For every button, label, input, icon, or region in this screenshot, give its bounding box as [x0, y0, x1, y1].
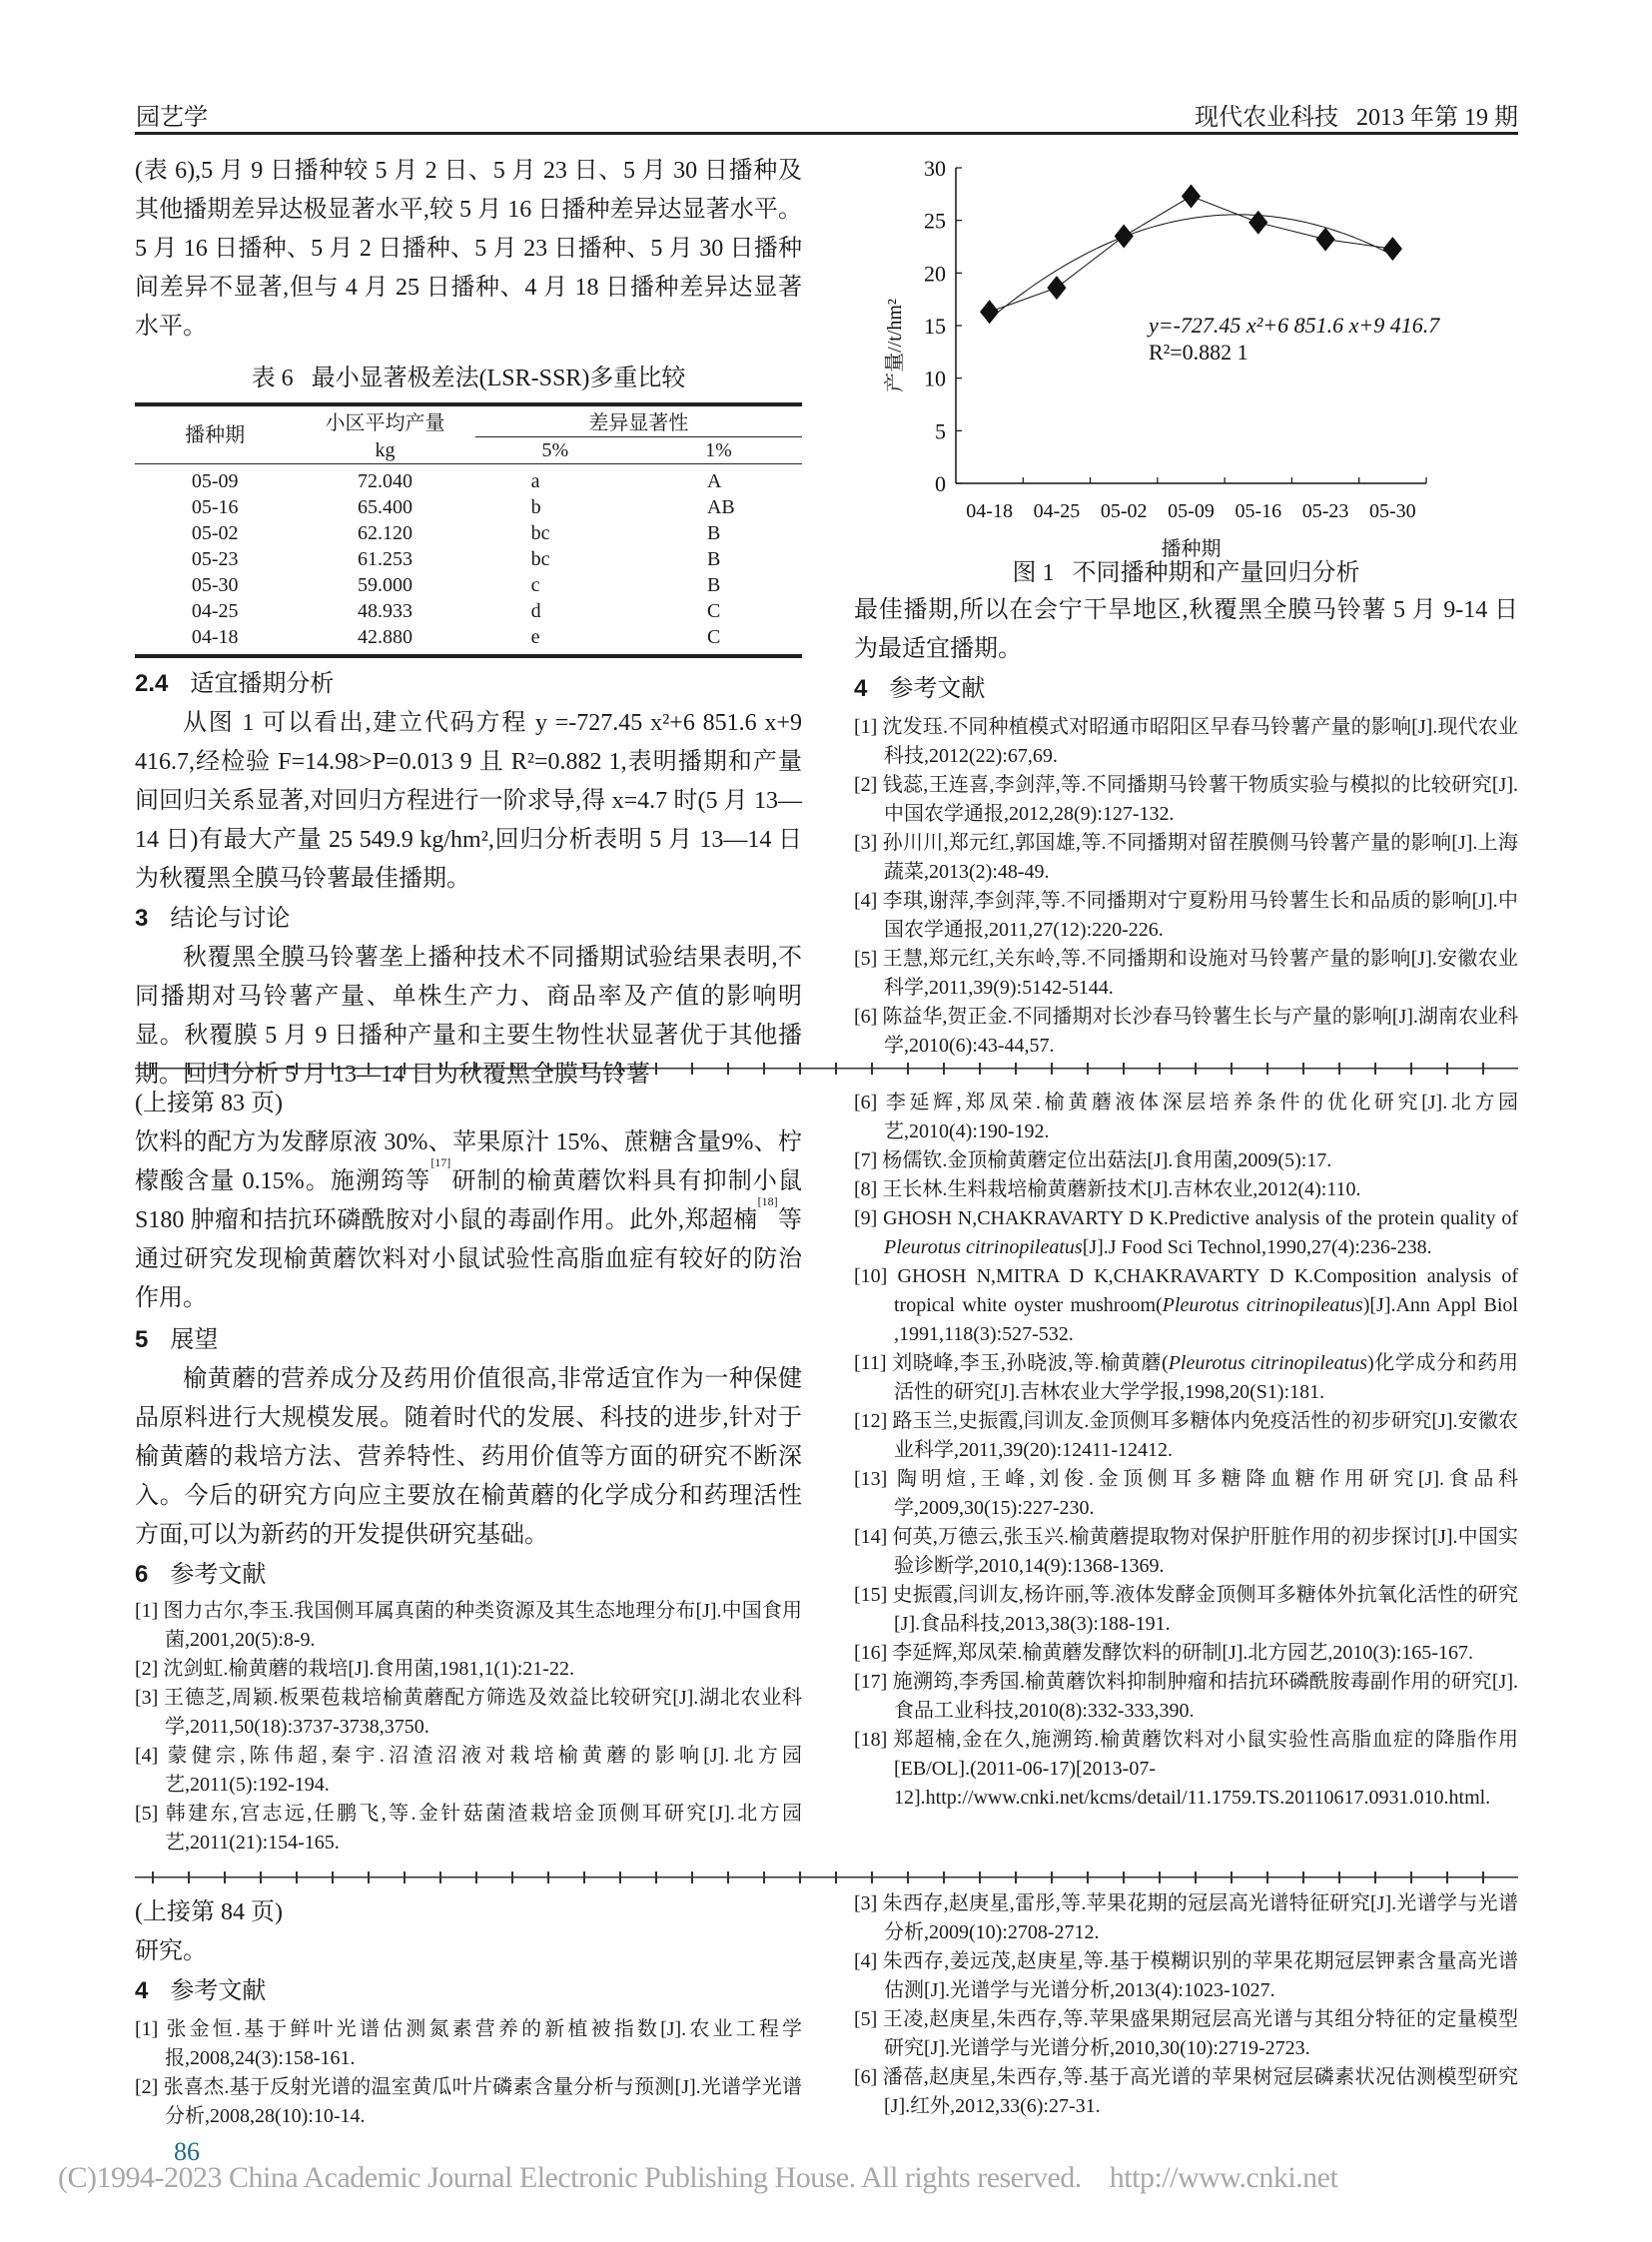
x-tick-label: 04-25	[1034, 500, 1081, 522]
reference-item: [17] 施溯筠,李秀国.榆黄蘑饮料抑制肿瘤和拮抗环磷酰胺毒副作用的研究[J].…	[854, 1668, 1518, 1726]
table-cell-p1: B	[635, 520, 802, 546]
table-cell-date: 05-02	[135, 520, 295, 546]
reference-item: [1] 张金恒.基于鲜叶光谱估测氮素营养的新植被指数[J].农业工程学报,200…	[135, 2015, 802, 2073]
th-p5: 5%	[475, 437, 635, 464]
body-paragraph: 研究。	[135, 1932, 802, 1971]
continued-from-note: (上接第 83 页)	[135, 1085, 802, 1123]
reference-item: [15] 史振霞,闫训友,杨许丽,等.液体发酵金顶侧耳多糖体外抗氧化活性的研究[…	[854, 1581, 1518, 1639]
reference-item: [6] 陈益华,贺正金.不同播期对长沙春马铃薯生长与产量的影响[J].湖南农业科…	[854, 1003, 1518, 1061]
table-cell-date: 05-09	[135, 464, 295, 495]
table-cell-yield: 42.880	[295, 624, 474, 656]
article3-left-column: (上接第 84 页) 研究。 4参考文献 [1] 张金恒.基于鲜叶光谱估测氮素营…	[135, 1893, 802, 2131]
y-tick-label: 5	[935, 418, 946, 443]
table6-title-text: 表 6 最小显著极差法(LSR-SSR)多重比较	[252, 366, 686, 391]
header-rule	[135, 132, 1518, 135]
continued-from-note: (上接第 84 页)	[135, 1893, 802, 1932]
article3-references-left: [1] 张金恒.基于鲜叶光谱估测氮素营养的新植被指数[J].农业工程学报,200…	[135, 2015, 802, 2131]
citation-18[interactable]: [18]	[758, 1194, 778, 1208]
section-number: 2.4	[135, 670, 168, 697]
y-axis-label: 产量//t/hm²	[883, 299, 906, 392]
table-row: 05-1665.400bAB	[135, 494, 802, 520]
reference-item: [8] 王长林.生料栽培榆黄蘑新技术[J].吉林农业,2012(4):110.	[854, 1175, 1518, 1204]
table-cell-yield: 72.040	[295, 464, 474, 495]
th-yield-unit: kg	[295, 437, 474, 464]
diamond-marker	[1315, 228, 1334, 252]
section-title: 结论与讨论	[170, 906, 290, 932]
y-tick-label: 30	[924, 156, 946, 181]
reference-item: [13] 陶明煊,王峰,刘俊.金顶侧耳多糖降血糖作用研究[J].食品科学,200…	[854, 1465, 1518, 1523]
figure1: 05101520253004-1804-2505-0205-0905-1605-…	[839, 150, 1518, 589]
x-tick-label: 04-18	[966, 500, 1013, 522]
reference-item: [16] 李延辉,郑凤荣.榆黄蘑发酵饮料的研制[J].北方园艺,2010(3):…	[854, 1639, 1518, 1668]
table6-title: 表 6 最小显著极差法(LSR-SSR)多重比较	[135, 361, 802, 396]
table-cell-yield: 62.120	[295, 520, 474, 546]
reference-item: [6] 李延辉,郑凤荣.榆黄蘑液体深层培养条件的优化研究[J].北方园艺,201…	[854, 1089, 1518, 1146]
table-cell-p1: B	[635, 572, 802, 598]
y-tick-label: 0	[935, 471, 946, 496]
table-cell-yield: 48.933	[295, 598, 474, 624]
table-cell-p1: C	[635, 598, 802, 624]
reference-item: [9] GHOSH N,CHAKRAVARTY D K.Predictive a…	[854, 1204, 1518, 1262]
table6-body: 05-0972.040aA05-1665.400bAB05-0262.120bc…	[135, 464, 802, 657]
reference-item: [14] 何英,万德云,张玉兴.榆黄蘑提取物对保护肝脏作用的初步探讨[J].中国…	[854, 1523, 1518, 1581]
table-row: 04-2548.933dC	[135, 598, 802, 624]
running-header-section: 园艺学	[136, 104, 208, 132]
diamond-marker	[1115, 224, 1134, 248]
article1-left-column: (表 6),5 月 9 日播种较 5 月 2 日、5 月 23 日、5 月 30…	[135, 152, 802, 1095]
x-tick-label: 05-23	[1302, 500, 1349, 522]
table-cell-date: 05-16	[135, 494, 295, 520]
table-cell-yield: 61.253	[295, 546, 474, 572]
reference-item: [3] 朱西存,赵庚星,雷彤,等.苹果花期的冠层高光谱特征研究[J].光谱学与光…	[854, 1889, 1518, 1947]
figure1-caption: 图 1 不同播种期和产量回归分析	[854, 552, 1518, 587]
y-tick-label: 20	[924, 261, 946, 286]
running-header-journal: 现代农业科技 2013 年第 19 期	[1195, 104, 1518, 132]
reference-item: [5] 韩建东,宫志远,任鹏飞,等.金针菇菌渣栽培金顶侧耳研究[J].北方园艺,…	[135, 1800, 802, 1858]
citation-17[interactable]: [17]	[430, 1155, 450, 1169]
body-paragraph: (表 6),5 月 9 日播种较 5 月 2 日、5 月 23 日、5 月 30…	[135, 152, 802, 347]
body-paragraph: 榆黄蘑的营养成分及药用价值很高,非常适宜作为一种保健品原料进行大规模发展。随着时…	[135, 1360, 802, 1555]
table-cell-date: 05-23	[135, 546, 295, 572]
diamond-marker	[1383, 237, 1402, 261]
body-paragraph: 饮料的配方为发酵原液 30%、苹果原汁 15%、蔗糖含量9%、柠檬酸含量 0.1…	[135, 1123, 802, 1318]
body-paragraph: 从图 1 可以看出,建立代码方程 y =-727.45 x²+6 851.6 x…	[135, 704, 802, 899]
table-cell-date: 05-30	[135, 572, 295, 598]
section-title: 参考文献	[170, 1562, 266, 1588]
article2-references-right: [6] 李延辉,郑凤荣.榆黄蘑液体深层培养条件的优化研究[J].北方园艺,201…	[854, 1089, 1518, 1813]
reference-item: [5] 王凌,赵庚星,朱西存,等.苹果盛果期冠层高光谱与其组分特征的定量模型研究…	[854, 2005, 1518, 2063]
section-title: 参考文献	[889, 676, 985, 702]
section-heading-6: 6参考文献	[135, 1555, 802, 1595]
table-cell-date: 04-25	[135, 598, 295, 624]
table-cell-p1: C	[635, 624, 802, 656]
table-cell-p5: c	[475, 572, 635, 598]
table-row: 05-0262.120bcB	[135, 520, 802, 546]
table-cell-p5: bc	[475, 546, 635, 572]
data-line	[990, 196, 1393, 312]
article-divider	[135, 1871, 1518, 1883]
x-tick-label: 05-16	[1235, 500, 1281, 522]
reference-item: [4] 李琪,谢萍,李剑萍,等.不同播期对宁夏粉用马铃薯生长和品质的影响[J].…	[854, 887, 1518, 945]
section-heading-3: 3结论与讨论	[135, 899, 802, 939]
table-cell-yield: 59.000	[295, 572, 474, 598]
yield-regression-chart: 05101520253004-1804-2505-0205-0905-1605-…	[839, 150, 1518, 589]
reference-item: [11] 刘晓峰,李玉,孙晓波,等.榆黄蘑(Pleurotus citrinop…	[854, 1349, 1518, 1407]
reference-item: [12] 路玉兰,史振霞,闫训友.金顶侧耳多糖体内免疫活性的初步研究[J].安徽…	[854, 1407, 1518, 1465]
th-date: 播种期	[135, 404, 295, 464]
y-tick-label: 25	[924, 209, 946, 234]
section-number: 4	[135, 1977, 148, 2004]
reference-item: [5] 王慧,郑元红,关东岭,等.不同播期和设施对马铃薯产量的影响[J].安徽农…	[854, 945, 1518, 1003]
table-cell-p1: AB	[635, 494, 802, 520]
diamond-marker	[1248, 211, 1267, 235]
body-paragraph-continued: 最佳播期,所以在会宁干旱地区,秋覆黑全膜马铃薯 5 月 9-14 日为最适宜播期…	[854, 591, 1518, 669]
table-cell-p1: A	[635, 464, 802, 495]
table-cell-p5: d	[475, 598, 635, 624]
diamond-marker	[980, 300, 999, 324]
table-row: 05-2361.253bcB	[135, 546, 802, 572]
reference-item: [7] 杨儒钦.金顶榆黄蘑定位出菇法[J].食用菌,2009(5):17.	[854, 1146, 1518, 1175]
x-tick-label: 05-30	[1369, 500, 1416, 522]
table-cell-yield: 65.400	[295, 494, 474, 520]
section-title: 适宜播期分析	[190, 671, 334, 697]
table-cell-p5: bc	[475, 520, 635, 546]
table6: 播种期 小区平均产量 差异显著性 kg 5% 1% 05-0972.040aA0…	[135, 402, 802, 658]
th-yield: 小区平均产量	[295, 404, 474, 437]
table-cell-date: 04-18	[135, 624, 295, 656]
reference-item: [4] 蒙健宗,陈伟超,秦宇.沼渣沼液对栽培榆黄蘑的影响[J].北方园艺,201…	[135, 1742, 802, 1800]
th-significance: 差异显著性	[475, 404, 802, 437]
table-cell-p5: a	[475, 464, 635, 495]
reference-item: [2] 沈剑虹.榆黄蘑的栽培[J].食用菌,1981,1(1):21-22.	[135, 1655, 802, 1684]
section-number: 3	[135, 905, 148, 932]
table-row: 05-3059.000cB	[135, 572, 802, 598]
y-tick-label: 10	[924, 367, 946, 391]
section-number: 5	[135, 1326, 148, 1353]
reference-item: [1] 图力古尔,李玉.我国侧耳属真菌的种类资源及其生态地理分布[J].中国食用…	[135, 1597, 802, 1655]
section-title: 参考文献	[170, 1978, 266, 2004]
article2-left-column: (上接第 83 页) 饮料的配方为发酵原液 30%、苹果原汁 15%、蔗糖含量9…	[135, 1085, 802, 1858]
table-row: 05-0972.040aA	[135, 464, 802, 495]
article3-references-right: [3] 朱西存,赵庚星,雷彤,等.苹果花期的冠层高光谱特征研究[J].光谱学与光…	[854, 1889, 1518, 2121]
section-number: 6	[135, 1561, 148, 1588]
section-heading-5: 5展望	[135, 1320, 802, 1360]
reference-item: [3] 孙川川,郑元红,郭国雄,等.不同播期对留茬膜侧马铃薯产量的影响[J].上…	[854, 829, 1518, 887]
copyright-footer: (C)1994-2023 China Academic Journal Elec…	[58, 2161, 1337, 2195]
section-number: 4	[854, 675, 867, 702]
reference-item: [2] 钱蕊,王连喜,李剑萍,等.不同播期马铃薯干物质实验与模拟的比较研究[J]…	[854, 771, 1518, 829]
table-cell-p1: B	[635, 546, 802, 572]
article1-references: [1] 沈发珏.不同种植模式对昭通市昭阳区早春马铃薯产量的影响[J].现代农业科…	[854, 713, 1518, 1061]
reference-item: [1] 沈发珏.不同种植模式对昭通市昭阳区早春马铃薯产量的影响[J].现代农业科…	[854, 713, 1518, 771]
y-tick-label: 15	[924, 314, 946, 339]
section-heading-4: 4参考文献	[854, 669, 1518, 709]
reference-item: [3] 王德芝,周颖.板栗苞栽培榆黄蘑配方筛选及效益比较研究[J].湖北农业科学…	[135, 1684, 802, 1742]
table-cell-p5: e	[475, 624, 635, 656]
th-p1: 1%	[635, 437, 802, 464]
regression-equation: y=-727.45 x²+6 851.6 x+9 416.7	[1147, 313, 1440, 338]
article2-right-column: [6] 李延辉,郑凤荣.榆黄蘑液体深层培养条件的优化研究[J].北方园艺,201…	[854, 1089, 1518, 1813]
diamond-marker	[1182, 184, 1201, 208]
reference-item: [4] 朱西存,姜远茂,赵庚星,等.基于模糊识别的苹果花期冠层钾素含量高光谱估测…	[854, 1947, 1518, 2005]
article1-right-column: 最佳播期,所以在会宁干旱地区,秋覆黑全膜马铃薯 5 月 9-14 日为最适宜播期…	[854, 591, 1518, 1061]
x-tick-label: 05-02	[1101, 500, 1148, 522]
article-divider	[135, 1063, 1518, 1075]
article2-references-left: [1] 图力古尔,李玉.我国侧耳属真菌的种类资源及其生态地理分布[J].中国食用…	[135, 1597, 802, 1858]
x-tick-label: 05-09	[1168, 500, 1215, 522]
section-heading-2-4: 2.4适宜播期分析	[135, 664, 802, 704]
reference-item: [6] 潘蓓,赵庚星,朱西存,等.基于高光谱的苹果树冠层磷素状况估测模型研究[J…	[854, 2063, 1518, 2121]
article3-right-column: [3] 朱西存,赵庚星,雷彤,等.苹果花期的冠层高光谱特征研究[J].光谱学与光…	[854, 1889, 1518, 2121]
r-squared: R²=0.882 1	[1149, 340, 1248, 365]
reference-item: [2] 张喜杰.基于反射光谱的温室黄瓜叶片磷素含量分析与预测[J].光谱学光谱分…	[135, 2073, 802, 2131]
reference-item: [10] GHOSH N,MITRA D K,CHAKRAVARTY D K.C…	[854, 1262, 1518, 1349]
table-cell-p5: b	[475, 494, 635, 520]
trendline	[990, 215, 1393, 320]
reference-item: [18] 郑超楠,金在久,施溯筠.榆黄蘑饮料对小鼠实验性高脂血症的降脂作用[EB…	[854, 1726, 1518, 1813]
section-title: 展望	[170, 1327, 218, 1353]
table-row: 04-1842.880eC	[135, 624, 802, 656]
section-heading-4: 4参考文献	[135, 1971, 802, 2011]
diamond-marker	[1047, 276, 1066, 300]
